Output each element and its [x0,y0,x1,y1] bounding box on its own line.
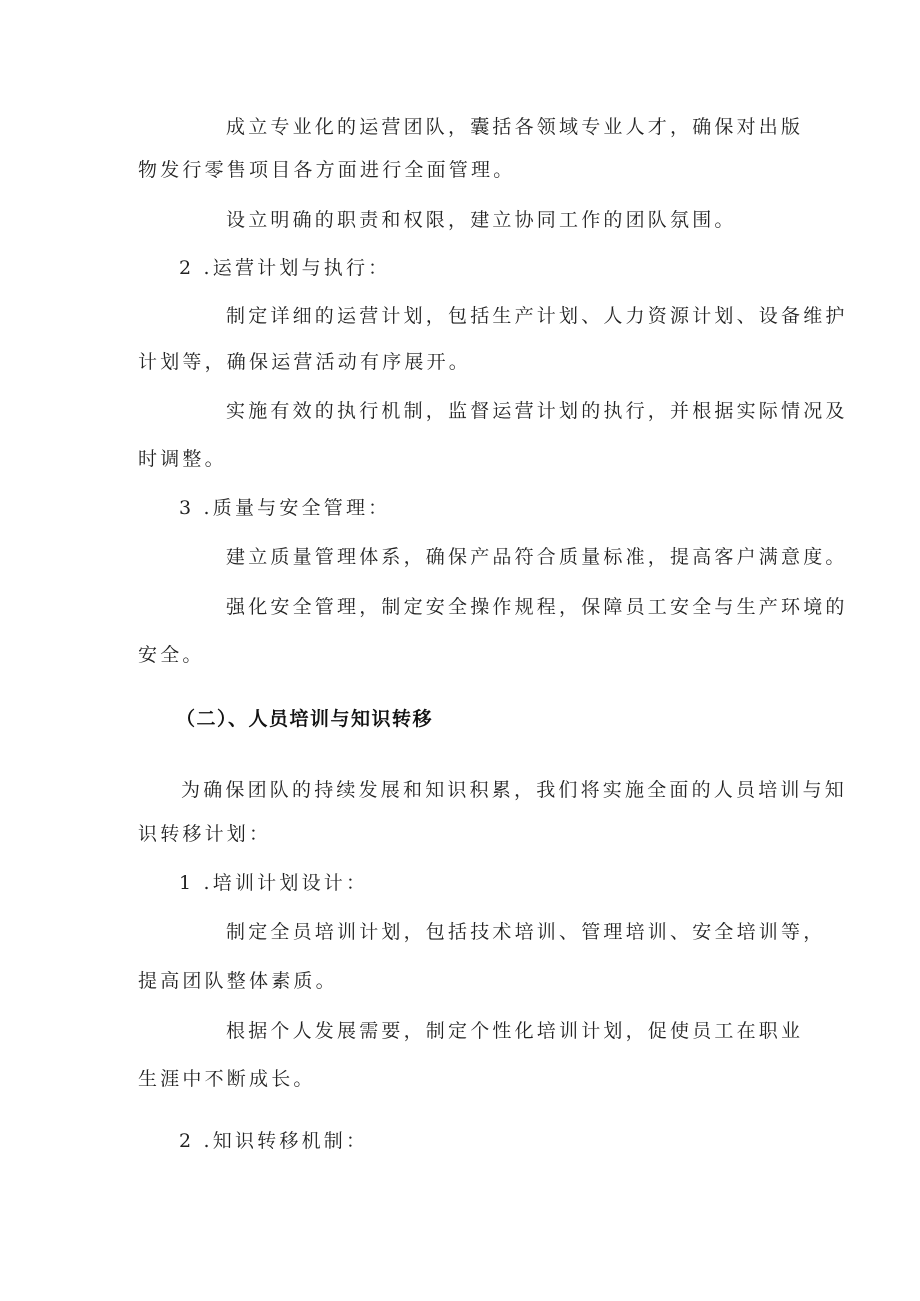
paragraph-line: 时调整。 [138,447,227,471]
paragraph-line: 强化安全管理，制定安全操作规程，保障员工安全与生产环境的 [226,595,848,619]
paragraph-line: 实施有效的执行机制，监督运营计划的执行，并根据实际情况及 [226,399,848,423]
paragraph-line: 为确保团队的持续发展和知识积累，我们将实施全面的人员培训与知 [181,778,847,802]
paragraph-line: 制定详细的运营计划，包括生产计划、人力资源计划、设备维护 [226,304,848,328]
list-item-title: 1 .培训计划设计： [179,871,368,895]
paragraph-line: 物发行零售项目各方面进行全面管理。 [138,158,515,182]
paragraph-line: 提高团队整体素质。 [138,969,338,993]
paragraph-line: 计划等，确保运营活动有序展开。 [138,350,471,374]
document-page: 成立专业化的运营团队，囊括各领域专业人才，确保对出版 物发行零售项目各方面进行全… [0,0,920,1301]
section-heading: （二）、人员培训与知识转移 [176,707,433,731]
paragraph-line: 安全。 [138,643,205,667]
list-item-title: 2 .运营计划与执行： [179,256,390,280]
paragraph-line: 制定全员培训计划，包括技术培训、管理培训、安全培训等， [226,920,825,944]
paragraph-line: 根据个人发展需要，制定个性化培训计划，促使员工在职业 [226,1019,803,1043]
paragraph-line: 建立质量管理体系，确保产品符合质量标准，提高客户满意度。 [226,545,848,569]
paragraph-line: 成立专业化的运营团队，囊括各领域专业人才，确保对出版 [226,115,803,139]
list-item-title: 2 .知识转移机制： [179,1129,368,1153]
paragraph-line: 设立明确的职责和权限，建立协同工作的团队氛围。 [226,208,737,232]
paragraph-line: 生涯中不断成长。 [138,1067,316,1091]
paragraph-line: 识转移计划： [138,822,271,846]
list-item-title: 3 .质量与安全管理： [179,496,390,520]
